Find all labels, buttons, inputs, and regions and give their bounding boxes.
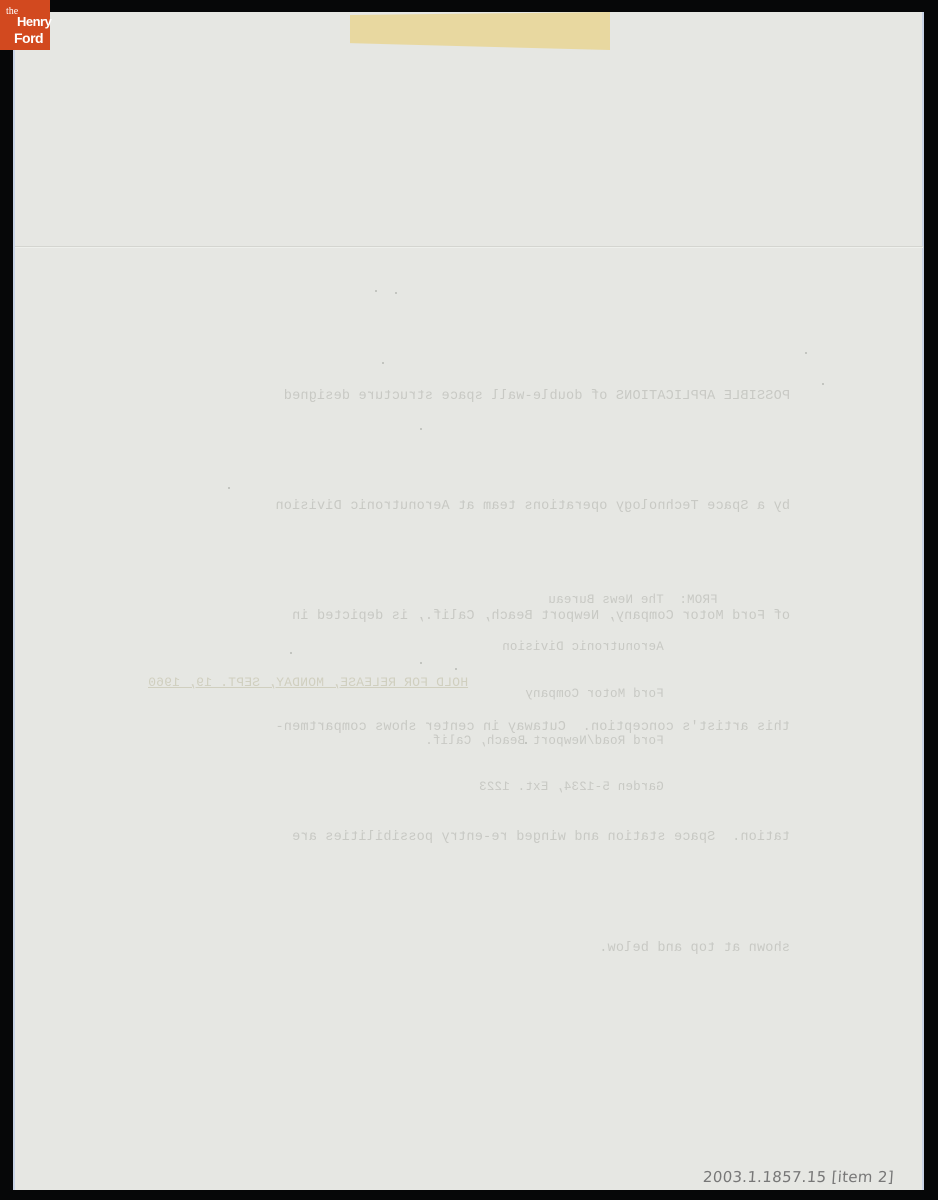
speck [228, 487, 230, 489]
speck [382, 362, 384, 364]
henry-ford-logo: the Henry Ford [0, 0, 50, 50]
from-line: Aeronutronic Division [425, 640, 718, 656]
speck [805, 352, 807, 354]
speck [290, 652, 292, 654]
caption-line: shown at top and below. [210, 931, 790, 968]
caption-line: POSSIBLE APPLICATIONS of double-wall spa… [210, 379, 790, 416]
speck [375, 290, 377, 292]
catalog-number: 2003.1.1857.15 [item 2] [702, 1168, 894, 1186]
caption-line: by a Space Technology operations team at… [210, 489, 790, 526]
speck [420, 428, 422, 430]
paper-fold-line [15, 246, 923, 247]
caption-line: tation. Space station and winged re-entr… [210, 820, 790, 857]
speck [420, 662, 422, 664]
from-line: Ford Road/Newport Beach, Calif. [425, 734, 718, 750]
from-line: Ford Motor Company [425, 687, 718, 703]
logo-henry: Henry [17, 14, 51, 29]
bleed-through-from-block: FROM: The News Bureau Aeronutronic Divis… [425, 562, 718, 812]
speck [455, 668, 457, 670]
from-line: Garden 5-1234, Ext. 1223 [425, 780, 718, 796]
speck [395, 292, 397, 294]
from-line: FROM: The News Bureau [425, 593, 718, 609]
bleed-through-release-line: HOLD FOR RELEASE, MONDAY, SEPT. 19, 1960 [148, 675, 468, 690]
speck [822, 383, 824, 385]
speck [525, 742, 527, 744]
logo-ford: Ford [14, 30, 43, 46]
